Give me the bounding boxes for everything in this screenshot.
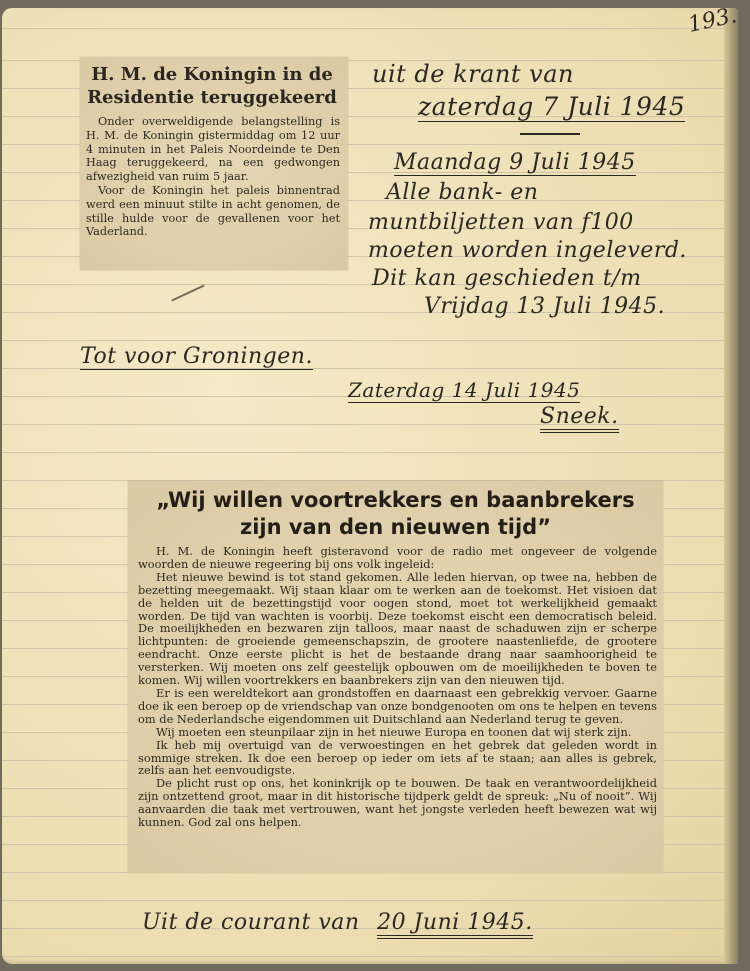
clipping-body: Onder overweldigende belangstelling is H… [86,115,340,239]
newspaper-clipping-return-queen: H. M. de Koningin in de Residentie terug… [80,57,348,270]
clipping-headline-line: zijn van den nieuwen tijd” [134,514,657,541]
clipping-headline: H. M. de Koningin in de Residentie terug… [84,63,340,109]
footer-prefix: Uit de courant van [142,910,360,935]
handwritten-note-line: moeten worden ingeleverd. [368,238,687,263]
handwritten-source-line: uit de krant van [372,60,574,88]
handwritten-place: Sneek. [540,404,619,433]
newspaper-clipping-queen-speech: „Wij willen voortrekkers en baanbrekers … [128,481,663,873]
clipping-paragraph: H. M. de Koningin heeft gisteravond voor… [138,545,657,571]
handwritten-trip: Tot voor Groningen. [80,344,313,370]
clipping-paragraph: Voor de Koningin het paleis binnentrad w… [86,184,340,239]
clipping-paragraph: Wij moeten een steunpilaar zijn in het n… [138,726,657,739]
handwritten-source-date: zaterdag 7 Juli 1945 [418,92,685,122]
clipping-paragraph: Er is een wereldtekort aan grondstoffen … [138,687,657,726]
handwritten-footer-source: Uit de courant van 20 Juni 1945. [142,910,533,935]
handwritten-note-line: muntbiljetten van f100 [368,210,634,235]
handwritten-date-saturday: Zaterdag 14 Juli 1945 [348,378,580,403]
clipping-headline-line: „Wij willen voortrekkers en baanbrekers [134,487,657,514]
handwritten-date-monday: Maandag 9 Juli 1945 [394,150,636,176]
clipping-paragraph: Ik heb mij overtuigd van de verwoestinge… [138,739,657,778]
handwritten-note-line: Dit kan geschieden t/m [372,266,641,291]
footer-date: 20 Juni 1945. [377,910,533,939]
page-edge [724,8,738,964]
separator-dash [520,133,580,135]
clipping-paragraph: Onder overweldigende belangstelling is H… [86,115,340,184]
handwritten-note-line: Alle bank- en [386,180,538,205]
handwritten-note-line: Vrijdag 13 Juli 1945. [424,294,665,319]
clipping-headline: „Wij willen voortrekkers en baanbrekers … [134,487,657,541]
clipping-paragraph: Het nieuwe bewind is tot stand gekomen. … [138,571,657,687]
clipping-paragraph: De plicht rust op ons, het koninkrijk op… [138,777,657,829]
clipping-body: H. M. de Koningin heeft gisteravond voor… [138,545,657,829]
